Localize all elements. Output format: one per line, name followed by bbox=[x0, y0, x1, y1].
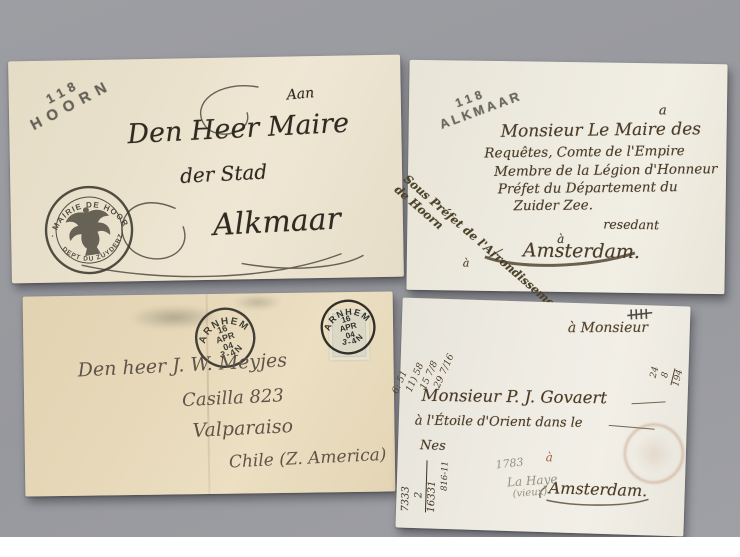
pencil-note: 1783 bbox=[495, 455, 524, 471]
cover-alkmaar: 118 ALKMAAR a Monsieur Le Maire des Requ… bbox=[406, 60, 727, 294]
screenshot: 118 HOORN Aan Den Heer Maire der Stad Al… bbox=[0, 0, 740, 557]
address-line: Chile (Z. America) bbox=[229, 445, 387, 473]
faint-red-postmark bbox=[623, 423, 685, 485]
address-line: à l'Étoile d'Orient dans le bbox=[415, 413, 583, 430]
cover-valparaiso: ARNHEM 3-4N 16 APR 04 ARNHEM bbox=[23, 291, 396, 496]
corner-mark: a bbox=[659, 103, 667, 118]
ledger-line: 16331 bbox=[425, 460, 440, 512]
ledger-line: 2 bbox=[413, 460, 427, 498]
address-line: Den heer J. W. Meyjes bbox=[77, 349, 287, 381]
address-line: Membre de la Légion d'Honneur bbox=[494, 161, 718, 180]
address-line: Amsterdam. bbox=[548, 478, 647, 500]
address-line: Monsieur P. J. Govaert bbox=[422, 386, 608, 408]
address-line: Préfet du Département du bbox=[498, 179, 678, 197]
address-salutation: Aan bbox=[286, 85, 315, 103]
white-margin bbox=[0, 537, 740, 557]
address-line: Monsieur Le Maire des bbox=[501, 119, 702, 141]
address-line: à bbox=[546, 450, 554, 464]
weight-marking: 24 8 194 bbox=[648, 363, 686, 388]
small-ink-mark: à bbox=[463, 257, 470, 270]
handstamp-118-hoorn: 118 HOORN bbox=[21, 63, 116, 134]
pencil-note: (vieux) bbox=[512, 486, 547, 500]
address-line: der Stad bbox=[180, 159, 268, 188]
address-line: Requêtes, Comte de l'Empire bbox=[484, 143, 685, 161]
arnhem-datestamp: ARNHEM 3-4N 16 APR 04 bbox=[313, 292, 384, 363]
address-line: Alkmaar bbox=[212, 201, 342, 243]
flourish-dash bbox=[631, 400, 665, 404]
address-line: Casilla 823 bbox=[182, 385, 285, 411]
weight-mark-line: 194 bbox=[670, 368, 686, 388]
ledger-numbers: 7333 2 16331 816-11 bbox=[400, 460, 451, 513]
cover-govaert: à Monsieur 6: 51 11) 58 15 7/8 29 7/16 2… bbox=[395, 298, 690, 537]
ledger-line: 7333 bbox=[400, 460, 414, 512]
address-line: Zuider Zee. bbox=[514, 197, 594, 214]
address-line: Amsterdam. bbox=[523, 239, 640, 263]
ledger-line: 816-11 bbox=[439, 461, 451, 491]
address-line: Den Heer Maire bbox=[127, 108, 350, 151]
address-line: Nes bbox=[420, 438, 446, 454]
cover-hoorn: 118 HOORN Aan Den Heer Maire der Stad Al… bbox=[8, 55, 404, 284]
photo-background: 118 HOORN Aan Den Heer Maire der Stad Al… bbox=[0, 0, 740, 537]
corner-address: à Monsieur bbox=[568, 320, 648, 336]
address-line: resedant bbox=[603, 217, 659, 233]
mairie-de-hoorn-seal: · MAIRIE DE HOORN · DEPT DU ZUYDERZEE bbox=[36, 177, 141, 282]
